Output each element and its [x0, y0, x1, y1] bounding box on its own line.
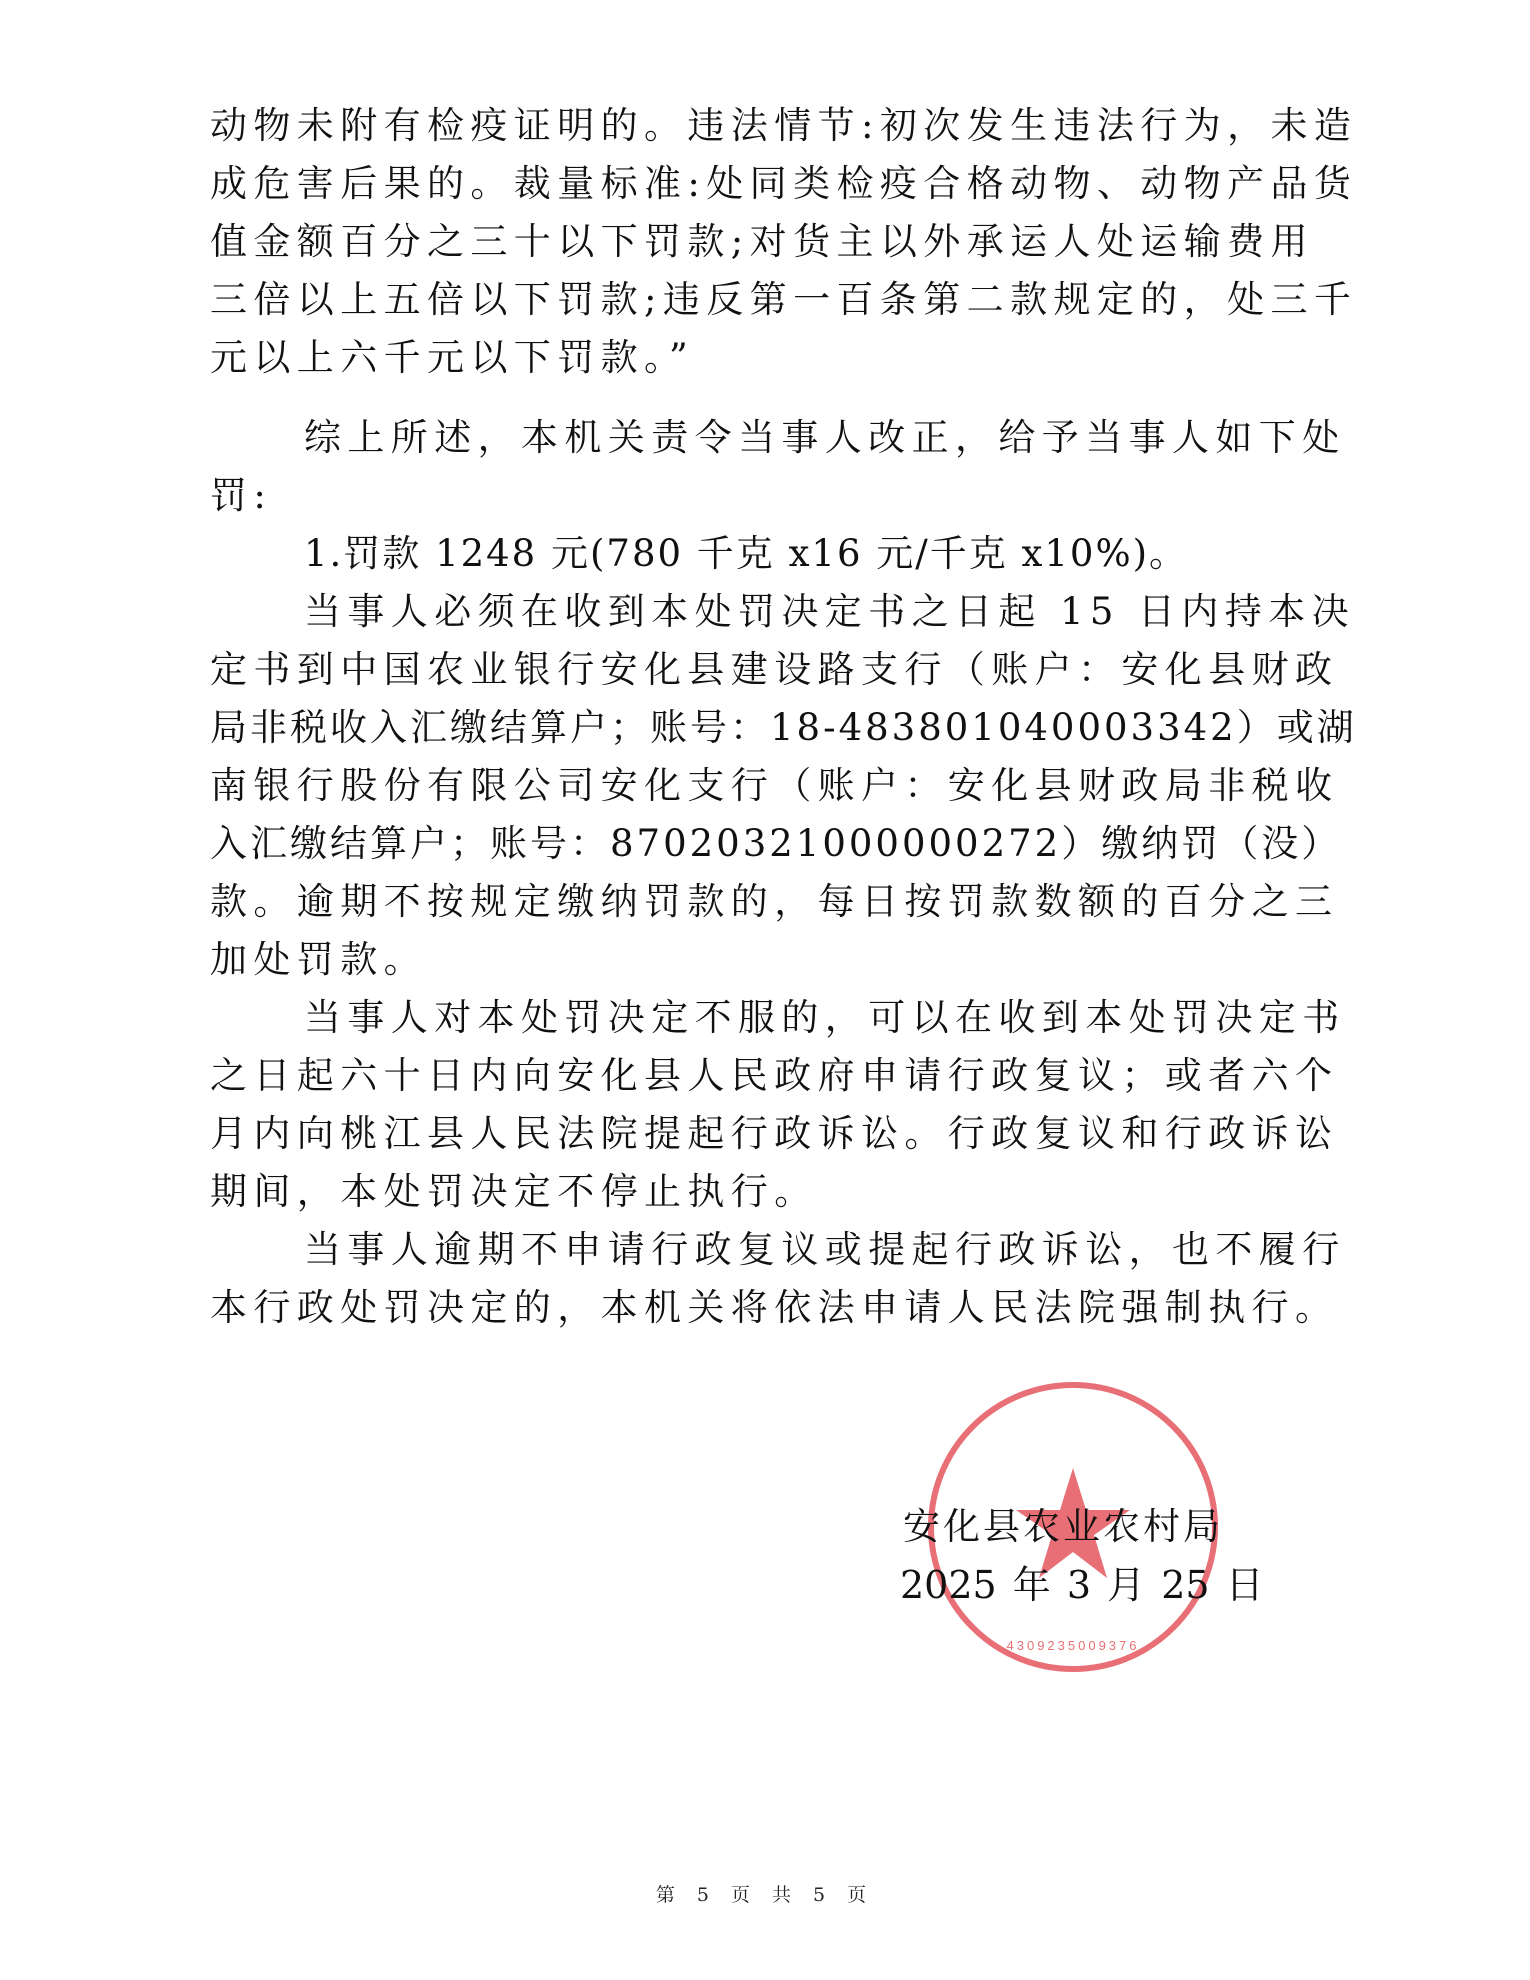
document-page: 动物未附有检疫证明的。违法情节:初次发生违法行为，未造 成危害后果的。裁量标准:…	[0, 0, 1530, 1980]
payment-line: 局非税收入汇缴结算户；账号：18-483801040003342）或湖	[210, 708, 1270, 748]
penalty-item: 1.罚款 1248 元(780 千克 x16 元/千克 x10%)。	[304, 534, 1364, 574]
appeal-line: 之日起六十日内向安化县人民政府申请行政复议；或者六个	[210, 1056, 1270, 1096]
payment-line: 款。逾期不按规定缴纳罚款的，每日按罚款数额的百分之三	[210, 882, 1270, 922]
issuing-organization: 安化县农业农村局	[903, 1496, 1223, 1550]
appeal-line: 月内向桃江县人民法院提起行政诉讼。行政复议和行政诉讼	[210, 1114, 1270, 1154]
paragraph-line: 成危害后果的。裁量标准:处同类检疫合格动物、动物产品货	[210, 164, 1270, 204]
paragraph-line: 元以上六千元以下罚款。”	[210, 338, 1270, 378]
paragraph-line: 三倍以上五倍以下罚款;违反第一百条第二款规定的，处三千	[210, 280, 1270, 320]
page-number: 第 5 页 共 5 页	[0, 1880, 1530, 1907]
payment-line: 南银行股份有限公司安化支行（账户：安化县财政局非税收	[210, 766, 1270, 806]
svg-text:4309235009376: 4309235009376	[1007, 1638, 1140, 1653]
payment-line: 定书到中国农业银行安化县建设路支行（账户：安化县财政	[210, 650, 1270, 690]
enforcement-line: 本行政处罚决定的，本机关将依法申请人民法院强制执行。	[210, 1288, 1270, 1328]
paragraph-line: 动物未附有检疫证明的。违法情节:初次发生违法行为，未造	[210, 106, 1270, 146]
payment-line: 当事人必须在收到本处罚决定书之日起 15 日内持本决	[304, 592, 1364, 632]
summary-line: 综上所述，本机关责令当事人改正，给予当事人如下处	[304, 418, 1364, 458]
appeal-line: 当事人对本处罚决定不服的，可以在收到本处罚决定书	[304, 998, 1364, 1038]
paragraph-line: 值金额百分之三十以下罚款;对货主以外承运人处运输费用	[210, 222, 1270, 262]
appeal-line: 期间，本处罚决定不停止执行。	[210, 1172, 1270, 1212]
summary-line: 罚:	[210, 476, 1270, 516]
issue-date: 2025 年 3 月 25 日	[900, 1554, 1264, 1609]
enforcement-line: 当事人逾期不申请行政复议或提起行政诉讼，也不履行	[304, 1230, 1364, 1270]
payment-line: 入汇缴结算户；账号：87020321000000272）缴纳罚（没）	[210, 824, 1270, 864]
payment-line: 加处罚款。	[210, 940, 1270, 980]
